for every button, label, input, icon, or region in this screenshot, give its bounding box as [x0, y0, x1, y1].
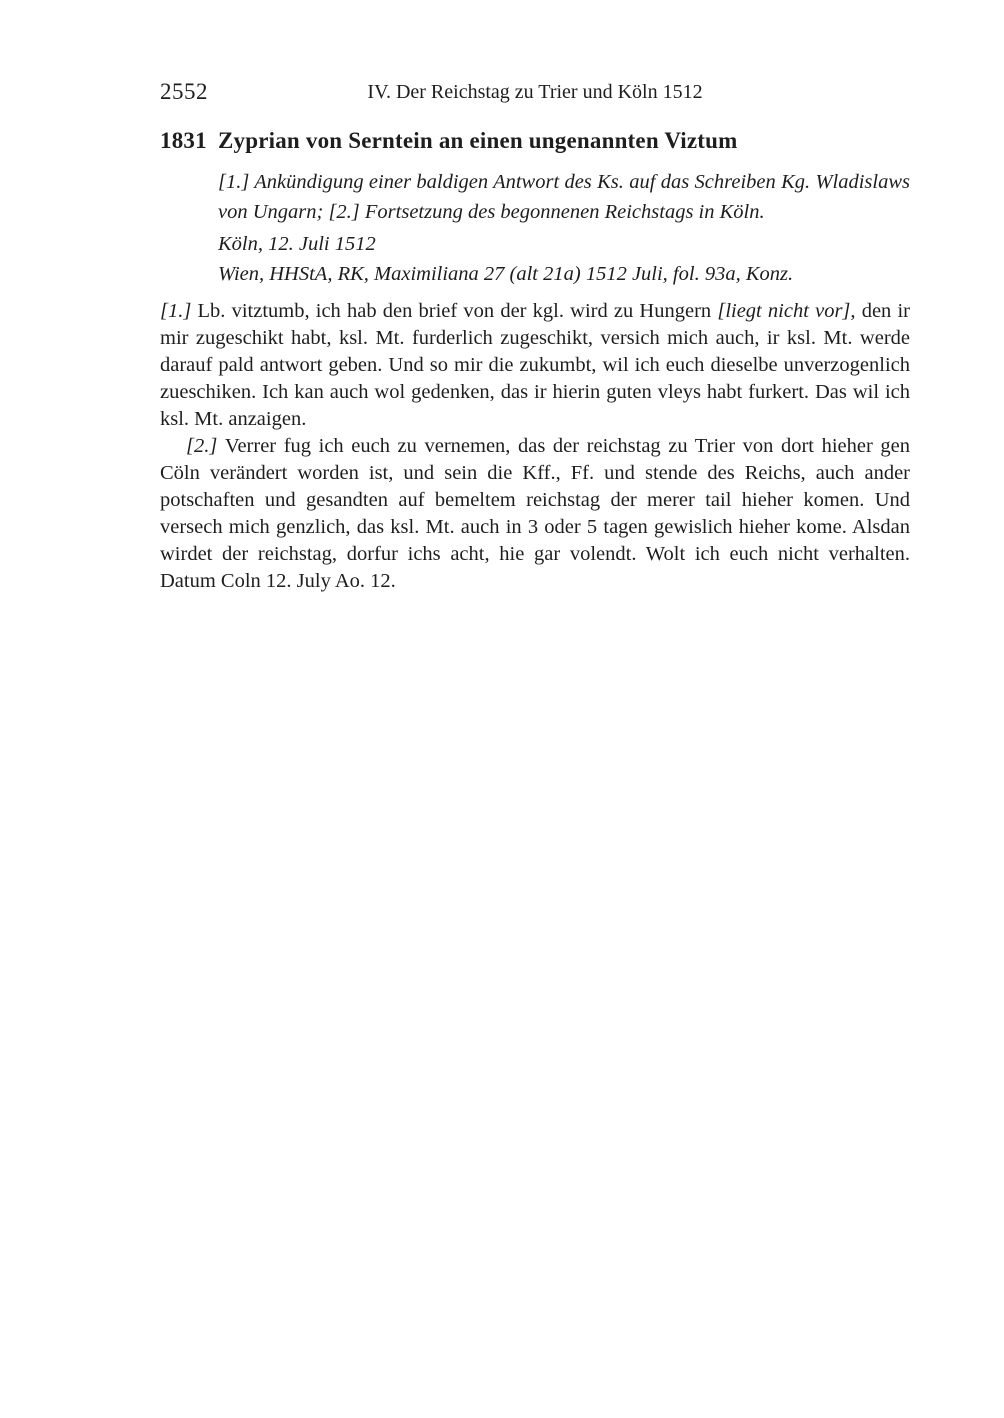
- italic-text-segment: [liegt nicht vor]: [717, 300, 850, 322]
- document-entry: 1831 Zyprian von Serntein an einen ungen…: [160, 126, 910, 595]
- book-page: 2552 IV. Der Reichstag zu Trier und Köln…: [0, 0, 1004, 1418]
- text-segment: Verrer fug ich euch zu vernemen, das der…: [160, 435, 910, 592]
- italic-text-segment: [2.]: [186, 435, 225, 457]
- text-segment: Lb. vitztumb, ich hab den brief von der …: [198, 300, 718, 322]
- body-paragraph: [1.] Lb. vitztumb, ich hab den brief von…: [160, 298, 910, 433]
- entry-source-citation: Wien, HHStA, RK, Maximiliana 27 (alt 21a…: [218, 260, 910, 289]
- entry-meta: [1.] Ankündigung einer baldigen Antwort …: [218, 167, 910, 289]
- italic-text-segment: [1.]: [160, 300, 198, 322]
- entry-title: Zyprian von Serntein an einen ungenannte…: [218, 126, 910, 156]
- running-header: 2552 IV. Der Reichstag zu Trier und Köln…: [160, 78, 910, 106]
- entry-dateline: Köln, 12. Juli 1512: [218, 230, 910, 259]
- running-head-title: IV. Der Reichstag zu Trier und Köln 1512: [160, 78, 910, 106]
- entry-heading: 1831 Zyprian von Serntein an einen ungen…: [160, 126, 910, 156]
- body-paragraph: [2.] Verrer fug ich euch zu vernemen, da…: [160, 433, 910, 595]
- entry-number: 1831: [160, 126, 218, 156]
- page-number: 2552: [160, 78, 208, 106]
- entry-summary: [1.] Ankündigung einer baldigen Antwort …: [218, 167, 910, 227]
- entry-body: [1.] Lb. vitztumb, ich hab den brief von…: [160, 298, 910, 595]
